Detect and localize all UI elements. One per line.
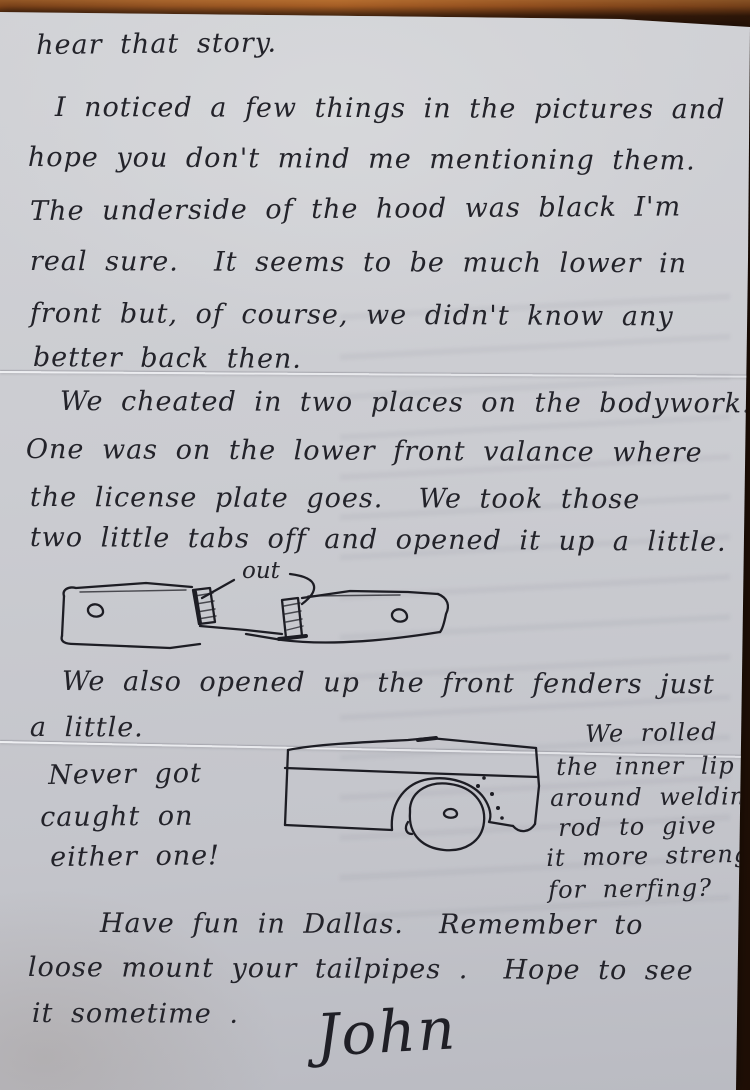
letter-paper: hear that story.I noticed a few things i… <box>0 0 750 1090</box>
handwritten-line: We rolled <box>585 718 718 748</box>
handwritten-line: Never got <box>48 758 202 791</box>
handwritten-line: Have fun in Dallas. Remember to <box>100 908 644 941</box>
handwritten-line: hear that story. <box>36 27 277 61</box>
signature: John <box>314 994 458 1069</box>
handwritten-line: I noticed a few things in the pictures a… <box>55 92 726 125</box>
handwritten-line: either one! <box>50 840 220 873</box>
handwritten-line: real sure. It seems to be much lower in <box>30 246 687 279</box>
handwritten-line: for nerfing? <box>548 874 712 904</box>
letter-text: hear that story.I noticed a few things i… <box>0 0 750 1090</box>
plate-hole-right <box>392 609 407 621</box>
handwritten-line: the license plate goes. We took those <box>30 482 640 515</box>
handwritten-line: around welding <box>550 782 750 812</box>
handwritten-line: front but, of course, we didn't know any <box>30 298 674 332</box>
handwritten-line: a little. <box>30 712 144 743</box>
handwritten-line: loose mount your tailpipes . Hope to see <box>28 952 694 986</box>
handwritten-line: hope you don't mind me mentioning them. <box>28 142 696 176</box>
handwritten-line: One was on the lower front valance where <box>26 434 703 469</box>
letter-paper-wrap: hear that story.I noticed a few things i… <box>0 0 750 1090</box>
wheel-hub <box>444 809 457 818</box>
handwritten-line: better back then. <box>33 342 302 375</box>
handwritten-line: it more strength <box>546 839 750 872</box>
handwritten-line: it sometime . <box>32 998 239 1030</box>
handwritten-line: We also opened up the front fenders just <box>62 666 715 700</box>
handwritten-line: We cheated in two places on the bodywork… <box>60 386 750 419</box>
handwritten-line: caught on <box>40 801 194 833</box>
fender-sketch <box>278 728 568 886</box>
sketch-label-out: out <box>242 558 281 584</box>
handwritten-line: rod to give <box>558 811 717 842</box>
plate-hole-left <box>88 604 103 616</box>
handwritten-line: the inner lip <box>556 751 735 781</box>
valance-sketch: out <box>50 552 450 664</box>
handwritten-line: The underside of the hood was black I'm <box>30 191 681 227</box>
